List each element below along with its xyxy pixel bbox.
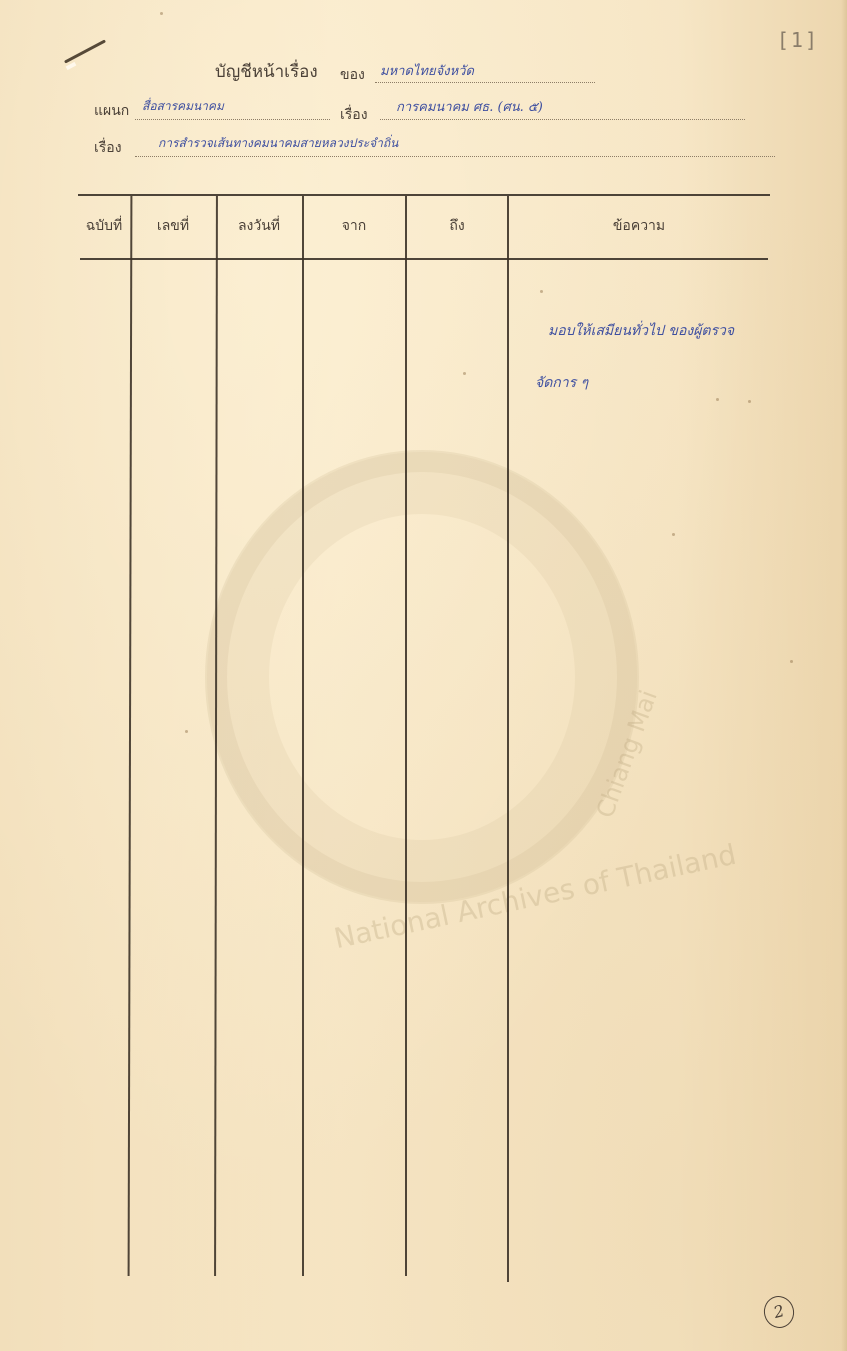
subject2-handwritten-value: การสำรวจเส้นทางคมนาคมสายหลวงประจำถิ่น	[158, 134, 398, 153]
column-header-date: ลงวันที่	[216, 215, 302, 237]
paper-speck	[160, 12, 163, 15]
subject1-dotline	[380, 119, 745, 120]
owner-label: ของ	[340, 64, 365, 86]
paper-speck	[790, 660, 793, 663]
column-header-to: ถึง	[406, 215, 508, 237]
department-label: แผนก	[94, 100, 129, 122]
paper-speck	[716, 398, 719, 401]
paper-edge-shadow	[841, 0, 847, 1351]
subject1-label: เรื่อง	[340, 104, 368, 126]
message-entry-line1: มอบให้เสมียนทั่วไป ของผู้ตรวจ	[548, 320, 734, 342]
subject1-handwritten-value: การคมนาคม ศธ. (ศน. ๕)	[396, 96, 543, 117]
table-header-bottom-rule	[80, 258, 768, 260]
subject2-label: เรื่อง	[94, 137, 122, 159]
column-divider-3	[302, 196, 304, 1276]
department-handwritten-value: สื่อสารคมนาคม	[142, 97, 224, 116]
paper-speck	[463, 372, 466, 375]
column-header-from: จาก	[302, 215, 406, 237]
column-header-number: เลขที่	[130, 215, 216, 237]
column-divider-5	[507, 196, 509, 1282]
column-header-copy-no: ฉบับที่	[78, 215, 130, 237]
form-title: บัญชีหน้าเรื่อง	[215, 58, 318, 85]
paper-speck	[185, 730, 188, 733]
owner-handwritten-value: มหาดไทยจังหวัด	[380, 60, 474, 81]
paper-speck	[748, 400, 751, 403]
paper-speck	[540, 290, 543, 293]
column-header-message: ข้อความ	[508, 215, 770, 237]
column-divider-4	[405, 196, 407, 1276]
page-number-bracket: [1]	[777, 28, 819, 52]
subject2-dotline	[135, 156, 775, 157]
department-dotline	[135, 119, 330, 120]
table-top-rule	[78, 194, 770, 196]
message-entry-line2: จัดการ ๆ	[535, 372, 588, 394]
paper-speck	[672, 533, 675, 536]
owner-dotline	[375, 82, 595, 83]
